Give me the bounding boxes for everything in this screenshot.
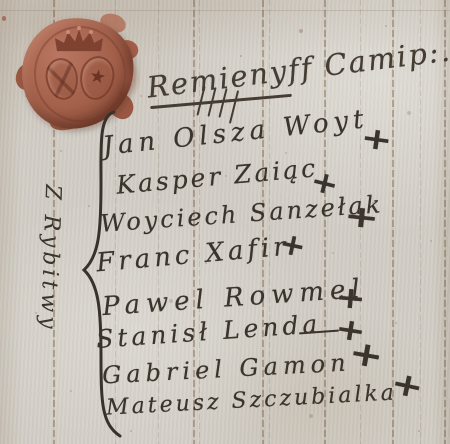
crown-pearl [66, 30, 70, 34]
wax-residue [112, 54, 146, 104]
signature-cross-icon: + [346, 332, 387, 377]
star-icon [89, 68, 106, 85]
signer-name: Gabriel Gamon [101, 349, 351, 390]
signer-name: Kasper Zaiąc [115, 153, 319, 200]
margin-note-vertical: Z Rybitwy [34, 170, 65, 347]
signature-cross-icon: + [276, 226, 309, 266]
paper-specks [0, 0, 2, 2]
page-title: Remienyff Camip:. [145, 33, 450, 104]
signature-cross-icon: + [342, 198, 381, 236]
signature-cross-icon: + [388, 363, 427, 407]
paper-crease-line [0, 10, 450, 11]
wax-droplet [2, 16, 6, 21]
manuscript-page: Remienyff Camip:. Z Rybitwy Jan Olsza Wo… [0, 0, 450, 444]
signature-cross-icon: + [359, 120, 395, 159]
crown-pearl [89, 30, 93, 34]
crown-pearl [77, 26, 81, 30]
